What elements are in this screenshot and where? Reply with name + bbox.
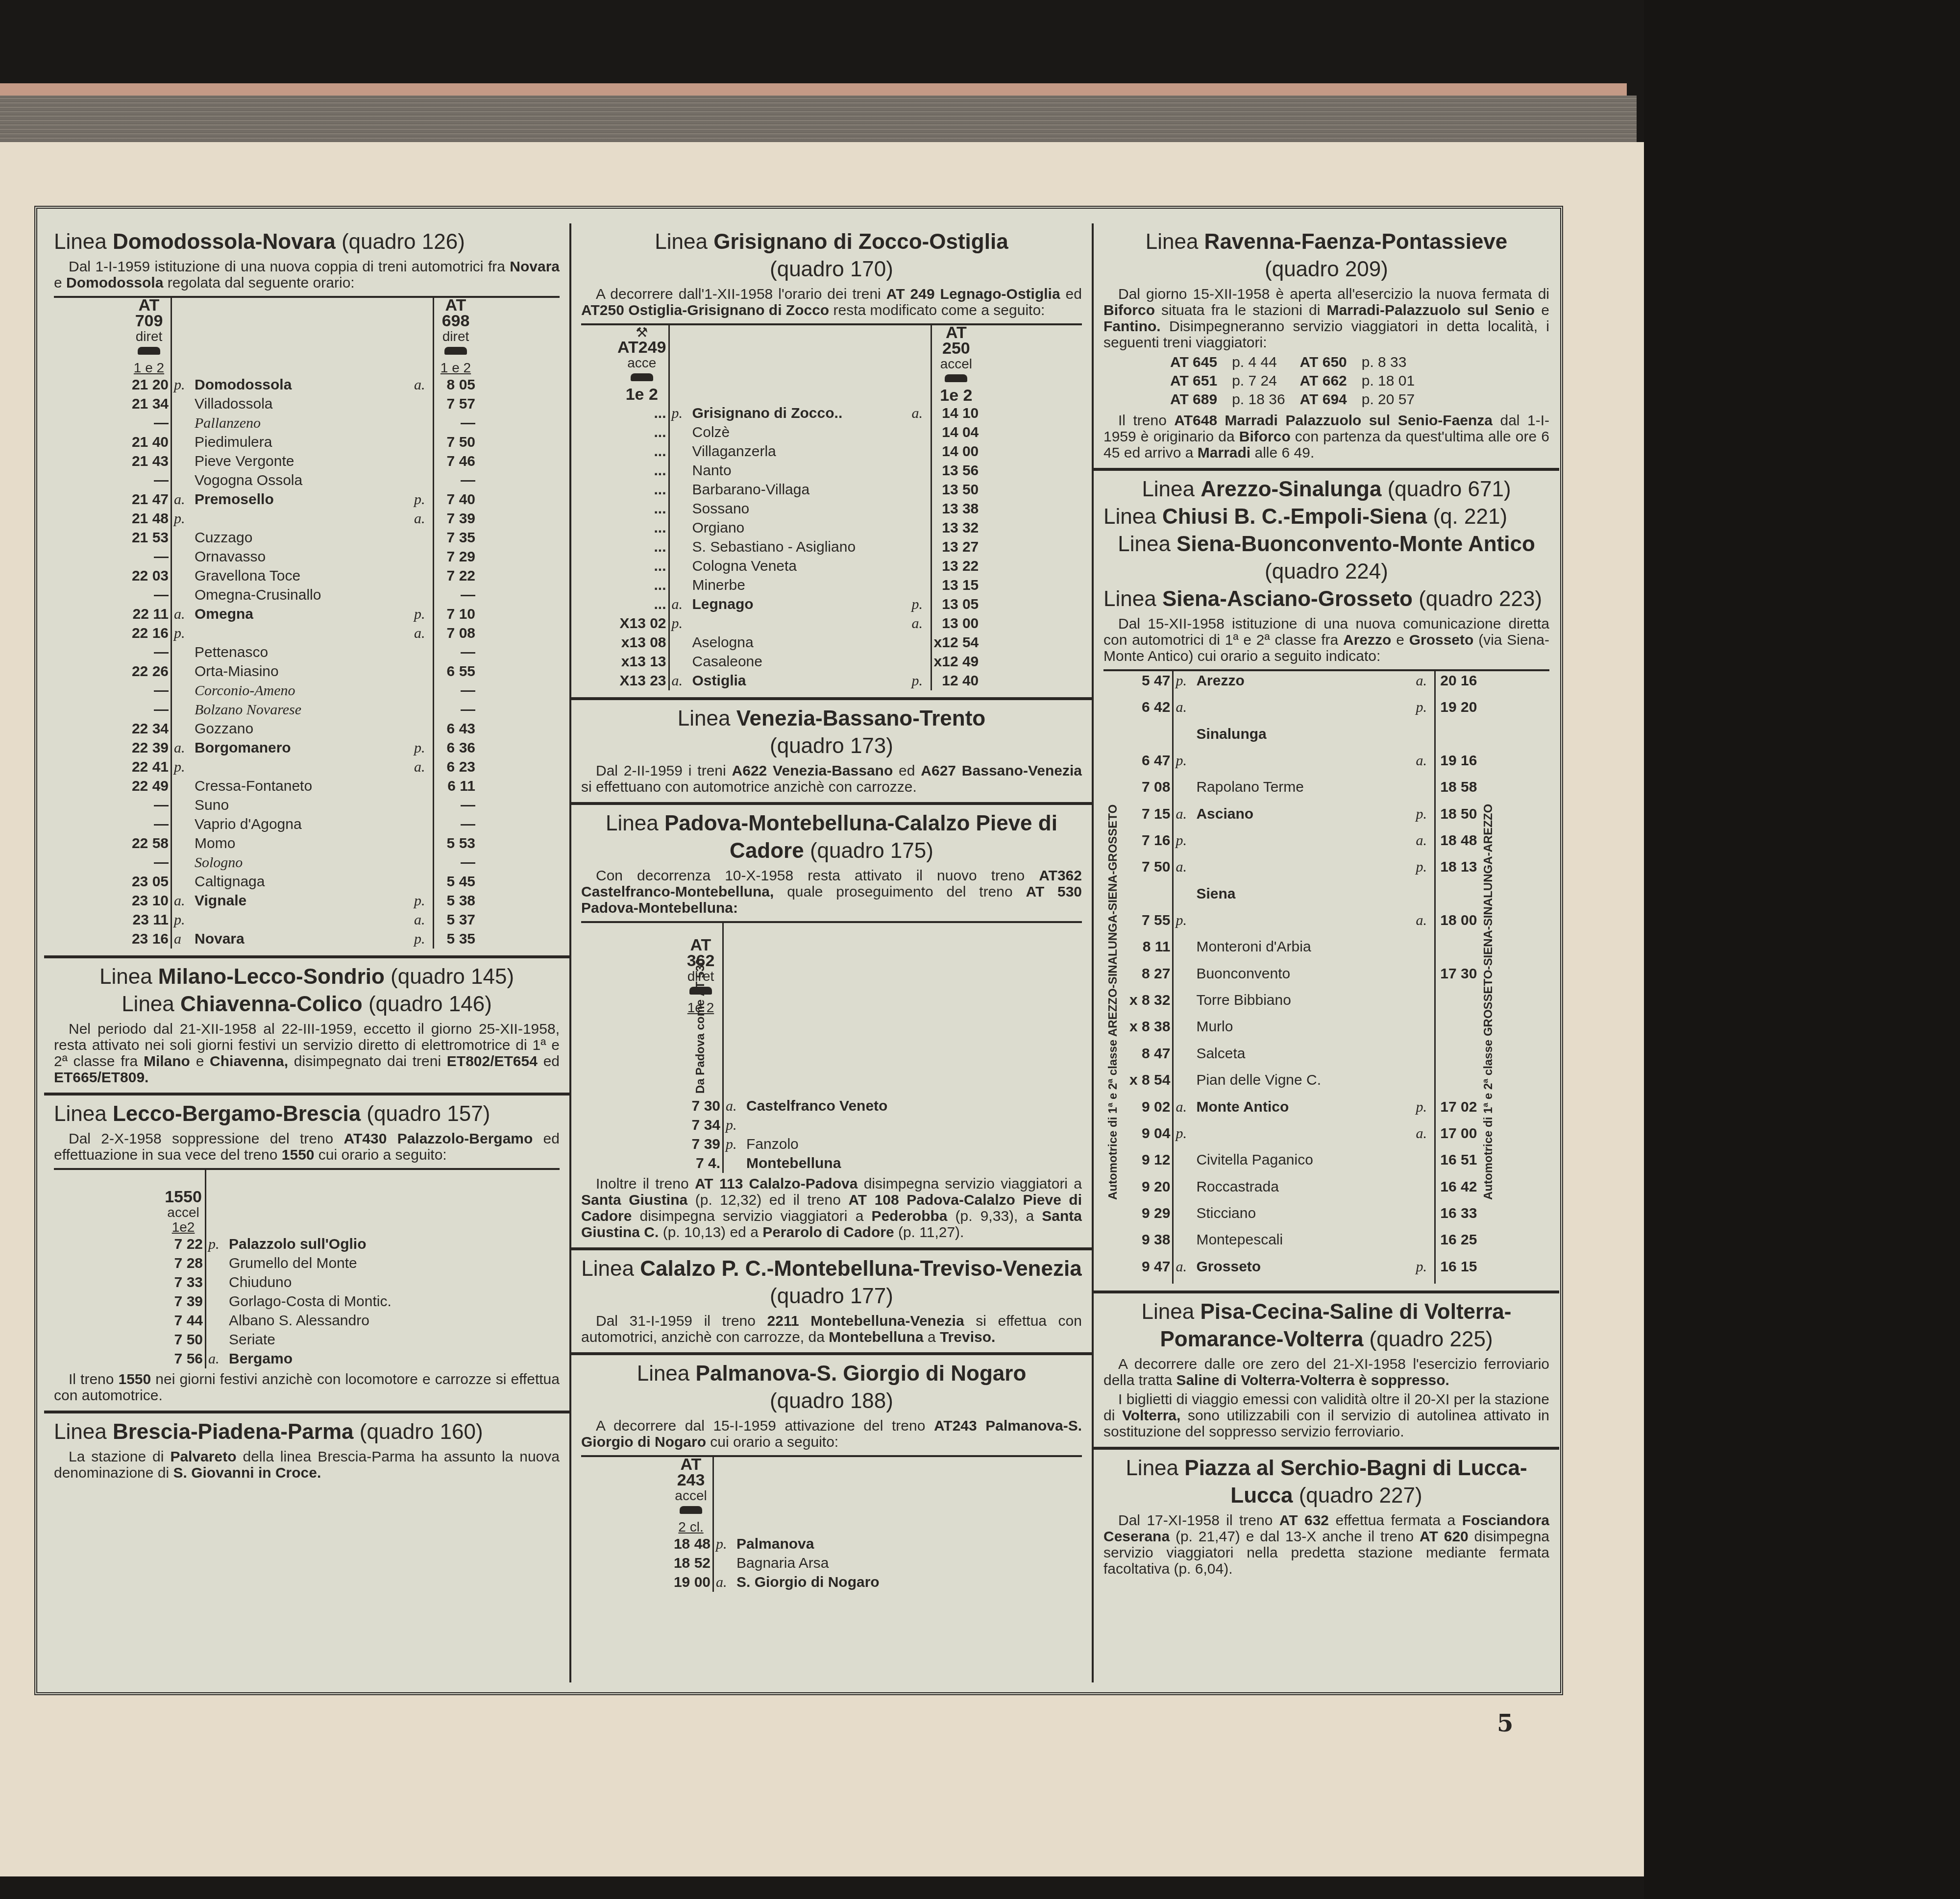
departure: p. 4 44 — [1225, 354, 1292, 371]
time-back: 17 00 — [1435, 1124, 1479, 1150]
station-name: Gozzano — [193, 719, 412, 738]
marker — [171, 643, 193, 662]
table-row: 22 41p.a.6 23 — [127, 757, 477, 777]
marker — [206, 1273, 227, 1292]
table-row: —Vogogna Ossola— — [127, 471, 477, 490]
marker: a. — [669, 671, 690, 690]
station-name: Aselogna — [690, 633, 910, 652]
table-row: ...Nanto13 56 — [615, 461, 980, 480]
table-row: 7 08Rapolano Terme18 58 — [1127, 778, 1479, 804]
station-name: Torre Bibbiano — [1194, 991, 1414, 1017]
station-name — [1194, 1124, 1414, 1150]
table-row: 7 34p. — [679, 1116, 964, 1135]
time-out: ... — [615, 499, 669, 518]
time-out: 9 47 — [1127, 1257, 1173, 1284]
station-name — [193, 757, 412, 777]
marker — [1414, 725, 1435, 751]
time-back — [1435, 725, 1479, 751]
table-row: x13 13Casaleonex12 49 — [615, 652, 980, 671]
table-row: 7 22p.Palazzolo sull'Oglio — [162, 1235, 446, 1254]
time-out: X13 23 — [615, 671, 669, 690]
table-row: 7 56a.Bergamo — [162, 1349, 446, 1368]
time: 7 4. — [679, 1154, 723, 1173]
table-row: Sinalunga — [1127, 725, 1479, 751]
table-row: 7 55p.a.18 00 — [1127, 911, 1479, 937]
station-name: Buonconvento — [1194, 964, 1414, 991]
column-middle: Linea Grisignano di Zocco-Ostiglia(quadr… — [571, 223, 1094, 1682]
section-note: I biglietti di viaggio emessi con validi… — [1103, 1391, 1549, 1440]
station-name: Omegna-Crusinallo — [193, 585, 412, 605]
marker — [669, 537, 690, 557]
train-header-left: ⚒AT249acce 1e 2 — [615, 325, 669, 404]
marker — [1173, 1150, 1195, 1177]
marker: a. — [1414, 911, 1435, 937]
marker: p. — [412, 490, 434, 509]
marker — [910, 442, 931, 461]
time-out: 22 41 — [127, 757, 171, 777]
time-back: 7 29 — [434, 547, 478, 566]
time-out: 22 16 — [127, 624, 171, 643]
time-back: — — [434, 815, 478, 834]
table-row: 21 34Villadossola7 57 — [127, 394, 477, 414]
time-back: — — [434, 853, 478, 872]
table-row: 7 16p.a.18 48 — [1127, 831, 1479, 857]
time-out: 21 48 — [127, 509, 171, 528]
time-back — [1435, 991, 1479, 1017]
time-out: 8 11 — [1127, 937, 1173, 964]
table-row: ...S. Sebastiano - Asigliano13 27 — [615, 537, 980, 557]
station-name: Cologna Veneta — [690, 557, 910, 576]
time-back: 7 08 — [434, 624, 478, 643]
marker — [910, 480, 931, 499]
marker — [412, 528, 434, 547]
table-row: ...Orgiano13 32 — [615, 518, 980, 537]
table-row: X13 23a.Ostigliap.12 40 — [615, 671, 980, 690]
time-out: 9 02 — [1127, 1097, 1173, 1124]
marker — [412, 853, 434, 872]
time: 18 52 — [669, 1554, 713, 1573]
time: 7 33 — [162, 1273, 206, 1292]
station-name: Siena — [1194, 884, 1414, 911]
time-out: — — [127, 643, 171, 662]
time-out: 6 42 — [1127, 698, 1173, 724]
station-name: Cressa-Fontaneto — [193, 777, 412, 796]
time-back: 17 02 — [1435, 1097, 1479, 1124]
marker: a. — [1173, 1257, 1195, 1284]
time: 7 56 — [162, 1349, 206, 1368]
time-back: 13 38 — [931, 499, 980, 518]
marker: a — [171, 929, 193, 949]
table-row: 7 4.Montebelluna — [679, 1154, 964, 1173]
table-row: 7 30a.Castelfranco Veneto — [679, 1096, 964, 1116]
marker — [910, 461, 931, 480]
marker — [1414, 937, 1435, 964]
time-out: 9 29 — [1127, 1204, 1173, 1230]
marker — [910, 652, 931, 671]
table-row: —Vaprio d'Agogna— — [127, 815, 477, 834]
table-row: ...Sossano13 38 — [615, 499, 980, 518]
table-row: 21 20p.Domodossolaa.8 05 — [127, 375, 477, 394]
station-name — [1194, 857, 1414, 884]
time-back: 16 25 — [1435, 1230, 1479, 1257]
station-name: Vogogna Ossola — [193, 471, 412, 490]
marker — [206, 1254, 227, 1273]
marker — [412, 719, 434, 738]
time-back: 20 16 — [1435, 671, 1479, 698]
table-row: —Sologno— — [127, 853, 477, 872]
table-row: —Suno— — [127, 796, 477, 815]
marker: p. — [1173, 751, 1195, 778]
table-row: 8 27Buonconvento17 30 — [1127, 964, 1479, 991]
time-out: 7 55 — [1127, 911, 1173, 937]
table-row: —Ornavasso7 29 — [127, 547, 477, 566]
station-name — [1194, 911, 1414, 937]
marker — [171, 834, 193, 853]
station-name: Grisignano di Zocco.. — [690, 404, 910, 423]
rotated-label-left: Automotrice di 1ª e 2ª classe AREZZO-SIN… — [1103, 720, 1123, 1284]
marker: p. — [1173, 831, 1195, 857]
time-out: x 8 54 — [1127, 1071, 1173, 1097]
time-out: 22 03 — [127, 566, 171, 585]
marker: p. — [1414, 1097, 1435, 1124]
station-name: Ornavasso — [193, 547, 412, 566]
time-out: — — [127, 796, 171, 815]
time-out: 9 38 — [1127, 1230, 1173, 1257]
time-back — [1435, 1044, 1479, 1071]
time-back: 19 20 — [1435, 698, 1479, 724]
station-name — [193, 910, 412, 929]
train-pair: AT 689p. 18 36AT 694p. 20 57 — [1163, 391, 1421, 409]
table-row: 22 11a.Omegnap.7 10 — [127, 605, 477, 624]
marker: p. — [669, 404, 690, 423]
section-title: Linea Ravenna-Faenza-Pontassieve(quadro … — [1103, 228, 1549, 283]
station-name: S. Sebastiano - Asigliano — [690, 537, 910, 557]
train-header-right: AT698 diret 1 e 2 — [434, 298, 478, 375]
table-row: —Corconio-Ameno— — [127, 681, 477, 700]
table-row: —Pallanzeno— — [127, 414, 477, 433]
station-name — [1194, 698, 1414, 724]
time-out: 7 15 — [1127, 804, 1173, 831]
station-name — [193, 624, 412, 643]
section-lecco-bergamo-brescia: Linea Lecco-Bergamo-Brescia (quadro 157)… — [44, 1096, 569, 1413]
time: 7 50 — [162, 1330, 206, 1349]
marker — [1414, 1230, 1435, 1257]
station-name: Piedimulera — [193, 433, 412, 452]
time-out: — — [127, 815, 171, 834]
table-row: ...Barbarano-Villaga13 50 — [615, 480, 980, 499]
station-name: Barbarano-Villaga — [690, 480, 910, 499]
train-header-left: AT709 diret 1 e 2 — [127, 298, 171, 375]
time-out: ... — [615, 537, 669, 557]
time: 7 28 — [162, 1254, 206, 1273]
time-out: 21 40 — [127, 433, 171, 452]
table-row: 22 34Gozzano6 43 — [127, 719, 477, 738]
marker — [669, 557, 690, 576]
table-row: —Pettenasco— — [127, 643, 477, 662]
table-row: —Omegna-Crusinallo— — [127, 585, 477, 605]
marker — [412, 681, 434, 700]
train-list: AT 645p. 4 44AT 650p. 8 33AT 651p. 7 24A… — [1162, 353, 1422, 410]
time-back: 13 05 — [931, 595, 980, 614]
station-name: Pieve Vergonte — [193, 452, 412, 471]
station-name: Vaprio d'Agogna — [193, 815, 412, 834]
marker: a. — [171, 605, 193, 624]
marker — [412, 662, 434, 681]
marker — [1414, 1071, 1435, 1097]
table-row: 6 42a.p.19 20 — [1127, 698, 1479, 724]
time-back: 14 00 — [931, 442, 980, 461]
marker: p. — [412, 605, 434, 624]
time-out: 21 43 — [127, 452, 171, 471]
station-name: Chiuduno — [227, 1273, 446, 1292]
marker — [723, 1154, 745, 1173]
time: 7 44 — [162, 1311, 206, 1330]
marker — [171, 681, 193, 700]
table-row: ...Villaganzerla14 00 — [615, 442, 980, 461]
marker: p. — [1414, 1257, 1435, 1284]
marker: a. — [1414, 831, 1435, 857]
marker: a. — [1414, 751, 1435, 778]
time-out: 9 04 — [1127, 1124, 1173, 1150]
section-title: Linea Arezzo-Sinalunga (quadro 671) — [1103, 476, 1549, 503]
timetable: ⚒AT249acce 1e 2 AT250accel 1e 2 ...p.Gri… — [581, 323, 1082, 690]
station-name: Castelfranco Veneto — [744, 1096, 964, 1116]
section-padova-montebelluna-calalzo: Linea Padova-Montebelluna-Calalzo Pieve … — [571, 805, 1092, 1250]
marker: a. — [910, 614, 931, 633]
marker: a. — [412, 375, 434, 394]
marker — [171, 777, 193, 796]
marker — [1173, 964, 1195, 991]
marker: a. — [1173, 857, 1195, 884]
train-header: AT243accel 2 cl. — [669, 1457, 713, 1534]
time-out: x 8 32 — [1127, 991, 1173, 1017]
departure: p. 18 01 — [1355, 372, 1421, 390]
station-name: Palmanova — [735, 1534, 954, 1554]
section-title: Linea Venezia-Bassano-Trento(quadro 173) — [581, 705, 1082, 760]
time-back: 7 40 — [434, 490, 478, 509]
marker — [171, 585, 193, 605]
timetable-table: AT709 diret 1 e 2 AT698 diret 1 e 2 — [127, 298, 477, 949]
time-out: 7 50 — [1127, 857, 1173, 884]
station-name — [744, 1116, 964, 1135]
time: 7 34 — [679, 1116, 723, 1135]
railcar-icon — [444, 347, 467, 355]
time-out: ... — [615, 442, 669, 461]
marker: p. — [1414, 698, 1435, 724]
time-back: 13 27 — [931, 537, 980, 557]
time-back: 13 00 — [931, 614, 980, 633]
marker: p. — [669, 614, 690, 633]
railcar-icon — [945, 374, 967, 382]
time-out: 23 10 — [127, 891, 171, 910]
marker — [171, 528, 193, 547]
table-row: 7 44Albano S. Alessandro — [162, 1311, 446, 1330]
section-text: Dal 31-I-1959 il treno 2211 Montebelluna… — [581, 1313, 1082, 1345]
marker — [171, 566, 193, 585]
marker: p. — [171, 509, 193, 528]
time-out: — — [127, 414, 171, 433]
departure: p. 8 33 — [1355, 354, 1421, 371]
section-calalzo-treviso-venezia: Linea Calalzo P. C.-Montebelluna-Treviso… — [571, 1250, 1092, 1355]
marker — [910, 423, 931, 442]
marker — [669, 633, 690, 652]
station-name — [690, 614, 910, 633]
station-name: Bolzano Novarese — [193, 700, 412, 719]
station-name: Gravellona Toce — [193, 566, 412, 585]
time-out: 22 58 — [127, 834, 171, 853]
marker: p. — [1173, 911, 1195, 937]
marker — [171, 662, 193, 681]
time-back: — — [434, 471, 478, 490]
station-name: Sticciano — [1194, 1204, 1414, 1230]
marker: a. — [412, 910, 434, 929]
table-row: Siena — [1127, 884, 1479, 911]
marker — [412, 471, 434, 490]
time: 7 39 — [162, 1292, 206, 1311]
table-row: 9 12Civitella Paganico16 51 — [1127, 1150, 1479, 1177]
marker: p. — [1414, 857, 1435, 884]
section-venezia-bassano-trento: Linea Venezia-Bassano-Trento(quadro 173)… — [571, 700, 1092, 805]
marker — [669, 518, 690, 537]
section-title: Linea Grisignano di Zocco-Ostiglia(quadr… — [581, 228, 1082, 283]
marker — [1414, 991, 1435, 1017]
marker — [669, 499, 690, 518]
marker — [1173, 1204, 1195, 1230]
page-number: 5 — [1497, 1710, 1513, 1737]
time: 7 39 — [679, 1135, 723, 1154]
marker — [669, 480, 690, 499]
station-name: Bergamo — [227, 1349, 446, 1368]
marker: a. — [171, 490, 193, 509]
marker — [412, 700, 434, 719]
rotated-label-right: Automotrice di 1ª e 2ª classe GROSSETO-S… — [1479, 720, 1498, 1284]
table-row: 21 53Cuzzago7 35 — [127, 528, 477, 547]
marker — [1414, 1204, 1435, 1230]
marker — [669, 461, 690, 480]
section-text: A decorrere dal 15-I-1959 attivazione de… — [581, 1418, 1082, 1450]
section-piazza-serchio-lucca: Linea Piazza al Serchio-Bagni di Lucca-L… — [1094, 1450, 1559, 1584]
time-out: — — [127, 585, 171, 605]
time-out: X13 02 — [615, 614, 669, 633]
time-out: 22 49 — [127, 777, 171, 796]
station-name: Arezzo — [1194, 671, 1414, 698]
time-out: 6 47 — [1127, 751, 1173, 778]
marker: a. — [669, 595, 690, 614]
table-row: —Bolzano Novarese— — [127, 700, 477, 719]
station-name: Palazzolo sull'Oglio — [227, 1235, 446, 1254]
time-back — [1435, 884, 1479, 911]
time-out: ... — [615, 518, 669, 537]
table-row: 7 28Grumello del Monte — [162, 1254, 446, 1273]
table-row: 22 03Gravellona Toce7 22 — [127, 566, 477, 585]
time-out: 23 11 — [127, 910, 171, 929]
station-name: Omegna — [193, 605, 412, 624]
marker — [669, 652, 690, 671]
table-row: 21 43Pieve Vergonte7 46 — [127, 452, 477, 471]
time-out: x13 08 — [615, 633, 669, 652]
table-row: 9 47a.Grossetop.16 15 — [1127, 1257, 1479, 1284]
station-name: Pian delle Vigne C. — [1194, 1071, 1414, 1097]
time-back: — — [434, 796, 478, 815]
station-name: Salceta — [1194, 1044, 1414, 1071]
station-name: Momo — [193, 834, 412, 853]
table-row: x 8 38Murlo — [1127, 1017, 1479, 1044]
station-name: Asciano — [1194, 804, 1414, 831]
table-row: 7 15a.Ascianop.18 50 — [1127, 804, 1479, 831]
marker — [1414, 1150, 1435, 1177]
time-back: 16 51 — [1435, 1150, 1479, 1177]
marker — [412, 414, 434, 433]
time-back: 5 53 — [434, 834, 478, 853]
table-row: X13 02p.a.13 00 — [615, 614, 980, 633]
marker — [412, 433, 434, 452]
marker — [1173, 991, 1195, 1017]
marker — [910, 557, 931, 576]
marker — [1173, 1017, 1195, 1044]
marker — [412, 394, 434, 414]
time-back: 8 05 — [434, 375, 478, 394]
marker — [1173, 937, 1195, 964]
marker — [669, 442, 690, 461]
time-back: 6 36 — [434, 738, 478, 757]
train-header-right: AT250accel 1e 2 — [931, 325, 980, 404]
station-name: Colzè — [690, 423, 910, 442]
section-title: Linea Milano-Lecco-Sondrio (quadro 145) — [54, 963, 560, 991]
time-out: 9 20 — [1127, 1177, 1173, 1204]
marker — [206, 1330, 227, 1349]
time-out — [1127, 884, 1173, 911]
time-out: 23 05 — [127, 872, 171, 891]
station-name: Bagnaria Arsa — [735, 1554, 954, 1573]
section-text: Dal 17-XI-1958 il treno AT 632 effettua … — [1103, 1512, 1549, 1577]
time-back: 18 48 — [1435, 831, 1479, 857]
section-text: Dal 1-I-1959 istituzione di una nuova co… — [54, 259, 560, 291]
section-domodossola-novara: Linea Domodossola-Novara (quadro 126) Da… — [44, 223, 569, 958]
marker: p. — [412, 738, 434, 757]
time: 19 00 — [669, 1573, 713, 1592]
station-name: Sologno — [193, 853, 412, 872]
marker — [206, 1292, 227, 1311]
station-name: Pettenasco — [193, 643, 412, 662]
marker: a. — [206, 1349, 227, 1368]
marker — [171, 394, 193, 414]
section-note: Inoltre il treno AT 113 Calalzo-Padova d… — [581, 1176, 1082, 1241]
background-right — [1644, 0, 1960, 1899]
marker — [412, 777, 434, 796]
timetable: 1550accel1e2 7 22p.Palazzolo sull'Oglio7… — [54, 1168, 560, 1368]
station-name: Villadossola — [193, 394, 412, 414]
time: 18 48 — [669, 1534, 713, 1554]
section-title-2: Linea Chiavenna-Colico (quadro 146) — [54, 991, 560, 1018]
marker: a. — [1173, 698, 1195, 724]
station-name: Minerbe — [690, 576, 910, 595]
table-row: 19 00a.S. Giorgio di Nogaro — [669, 1573, 954, 1592]
station-name: Grosseto — [1194, 1257, 1414, 1284]
time: 7 30 — [679, 1096, 723, 1116]
time-out: 7 08 — [1127, 778, 1173, 804]
marker — [713, 1554, 735, 1573]
marker: p. — [171, 910, 193, 929]
marker — [1414, 964, 1435, 991]
section-pisa-volterra: Linea Pisa-Cecina-Saline di Volterra-Pom… — [1094, 1293, 1559, 1450]
time-back: 14 10 — [931, 404, 980, 423]
marker — [171, 700, 193, 719]
marker — [1173, 1044, 1195, 1071]
station-name: Fanzolo — [744, 1135, 964, 1154]
marker — [412, 452, 434, 471]
time-back: 18 00 — [1435, 911, 1479, 937]
time-out: — — [127, 853, 171, 872]
